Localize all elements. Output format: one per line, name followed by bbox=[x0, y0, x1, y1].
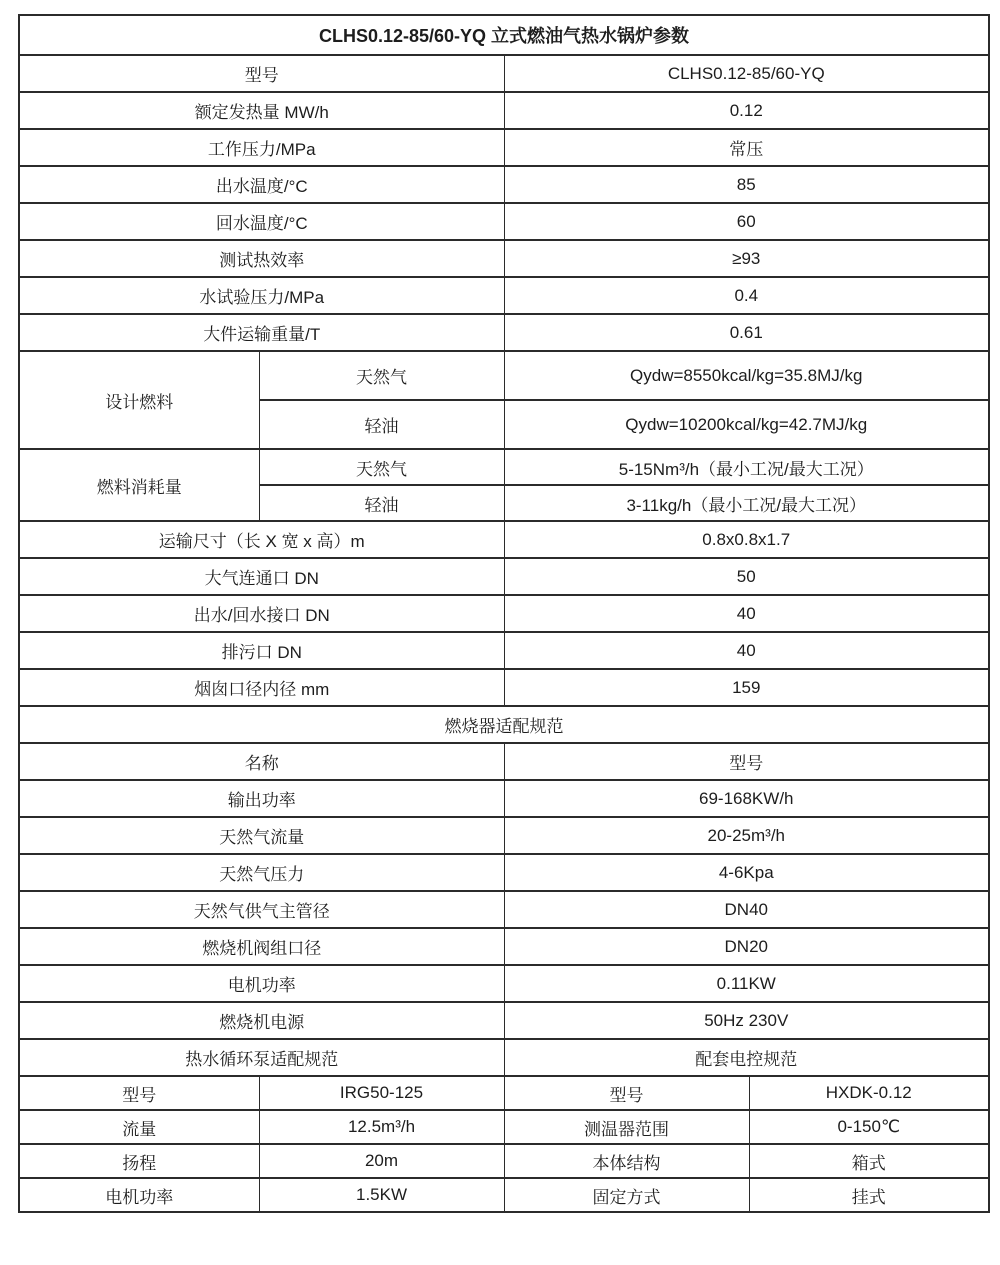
row-label: 天然气压力 bbox=[19, 854, 504, 891]
table-row: 天然气流量 20-25m³/h bbox=[19, 817, 989, 854]
electric-label: 固定方式 bbox=[504, 1178, 749, 1212]
table-row: 型号 IRG50-125 型号 HXDK-0.12 bbox=[19, 1076, 989, 1110]
row-label: 燃烧机阀组口径 bbox=[19, 928, 504, 965]
row-value: 20-25m³/h bbox=[504, 817, 989, 854]
electric-value: 0-150℃ bbox=[749, 1110, 989, 1144]
row-label: 大件运输重量/T bbox=[19, 314, 504, 351]
table-row: 扬程 20m 本体结构 箱式 bbox=[19, 1144, 989, 1178]
table-row: 燃烧机电源 50Hz 230V bbox=[19, 1002, 989, 1039]
fuel-group-label: 设计燃料 bbox=[19, 351, 259, 449]
electric-label: 型号 bbox=[504, 1076, 749, 1110]
table-row: 烟囱口径内径 mm 159 bbox=[19, 669, 989, 706]
pump-label: 扬程 bbox=[19, 1144, 259, 1178]
electric-label: 本体结构 bbox=[504, 1144, 749, 1178]
table-row: 出水温度/°C 85 bbox=[19, 166, 989, 203]
table-row: 测试热效率 ≥93 bbox=[19, 240, 989, 277]
row-value: CLHS0.12-85/60-YQ bbox=[504, 55, 989, 92]
table-row: 燃料消耗量 天然气 5-15Nm³/h（最小工况/最大工况） bbox=[19, 449, 989, 485]
fuel-group-label: 燃料消耗量 bbox=[19, 449, 259, 521]
table-row: 流量 12.5m³/h 测温器范围 0-150℃ bbox=[19, 1110, 989, 1144]
row-label: 回水温度/°C bbox=[19, 203, 504, 240]
row-value: 40 bbox=[504, 595, 989, 632]
row-label: 输出功率 bbox=[19, 780, 504, 817]
table-row: 大件运输重量/T 0.61 bbox=[19, 314, 989, 351]
fuel-type: 天然气 bbox=[259, 449, 504, 485]
row-value: DN20 bbox=[504, 928, 989, 965]
pump-value: 1.5KW bbox=[259, 1178, 504, 1212]
row-label: 名称 bbox=[19, 743, 504, 780]
table-row: 热水循环泵适配规范 配套电控规范 bbox=[19, 1039, 989, 1076]
row-label: 排污口 DN bbox=[19, 632, 504, 669]
table-row: 型号 CLHS0.12-85/60-YQ bbox=[19, 55, 989, 92]
fuel-value: 3-11kg/h（最小工况/最大工况） bbox=[504, 485, 989, 521]
section-header-electric: 配套电控规范 bbox=[504, 1039, 989, 1076]
table-row: 输出功率 69-168KW/h bbox=[19, 780, 989, 817]
table-row: 名称 型号 bbox=[19, 743, 989, 780]
table-row: 电机功率 0.11KW bbox=[19, 965, 989, 1002]
table-row: 水试验压力/MPa 0.4 bbox=[19, 277, 989, 314]
electric-value: HXDK-0.12 bbox=[749, 1076, 989, 1110]
row-label: 大气连通口 DN bbox=[19, 558, 504, 595]
row-value: ≥93 bbox=[504, 240, 989, 277]
electric-label: 测温器范围 bbox=[504, 1110, 749, 1144]
row-value: 50Hz 230V bbox=[504, 1002, 989, 1039]
table-row: 电机功率 1.5KW 固定方式 挂式 bbox=[19, 1178, 989, 1212]
section-header-burner: 燃烧器适配规范 bbox=[19, 706, 989, 743]
electric-value: 挂式 bbox=[749, 1178, 989, 1212]
boiler-parameter-table: CLHS0.12-85/60-YQ 立式燃油气热水锅炉参数 型号 CLHS0.1… bbox=[18, 14, 990, 1213]
fuel-value: Qydw=8550kcal/kg=35.8MJ/kg bbox=[504, 351, 989, 400]
row-label: 型号 bbox=[19, 55, 504, 92]
pump-label: 电机功率 bbox=[19, 1178, 259, 1212]
row-value: 常压 bbox=[504, 129, 989, 166]
row-label: 天然气供气主管径 bbox=[19, 891, 504, 928]
row-label: 出水/回水接口 DN bbox=[19, 595, 504, 632]
table-row: CLHS0.12-85/60-YQ 立式燃油气热水锅炉参数 bbox=[19, 15, 989, 55]
pump-value: IRG50-125 bbox=[259, 1076, 504, 1110]
row-label: 燃烧机电源 bbox=[19, 1002, 504, 1039]
row-value: 0.12 bbox=[504, 92, 989, 129]
table-row: 燃烧机阀组口径 DN20 bbox=[19, 928, 989, 965]
table-row: 出水/回水接口 DN 40 bbox=[19, 595, 989, 632]
row-value: 0.11KW bbox=[504, 965, 989, 1002]
table-row: 工作压力/MPa 常压 bbox=[19, 129, 989, 166]
fuel-value: Qydw=10200kcal/kg=42.7MJ/kg bbox=[504, 400, 989, 449]
fuel-type: 轻油 bbox=[259, 400, 504, 449]
row-value: 69-168KW/h bbox=[504, 780, 989, 817]
row-value: 159 bbox=[504, 669, 989, 706]
row-value: 50 bbox=[504, 558, 989, 595]
table-row: 设计燃料 天然气 Qydw=8550kcal/kg=35.8MJ/kg bbox=[19, 351, 989, 400]
pump-value: 20m bbox=[259, 1144, 504, 1178]
row-value: 40 bbox=[504, 632, 989, 669]
section-header-pump: 热水循环泵适配规范 bbox=[19, 1039, 504, 1076]
spec-sheet: CLHS0.12-85/60-YQ 立式燃油气热水锅炉参数 型号 CLHS0.1… bbox=[18, 14, 990, 1213]
fuel-type: 天然气 bbox=[259, 351, 504, 400]
row-value: 0.61 bbox=[504, 314, 989, 351]
fuel-type: 轻油 bbox=[259, 485, 504, 521]
row-label: 额定发热量 MW/h bbox=[19, 92, 504, 129]
table-row: 大气连通口 DN 50 bbox=[19, 558, 989, 595]
row-value: 85 bbox=[504, 166, 989, 203]
pump-label: 流量 bbox=[19, 1110, 259, 1144]
table-row: 排污口 DN 40 bbox=[19, 632, 989, 669]
row-value: 0.8x0.8x1.7 bbox=[504, 521, 989, 558]
table-row: 额定发热量 MW/h 0.12 bbox=[19, 92, 989, 129]
table-row: 天然气压力 4-6Kpa bbox=[19, 854, 989, 891]
table-title: CLHS0.12-85/60-YQ 立式燃油气热水锅炉参数 bbox=[19, 15, 989, 55]
row-value: 4-6Kpa bbox=[504, 854, 989, 891]
table-row: 天然气供气主管径 DN40 bbox=[19, 891, 989, 928]
row-label: 电机功率 bbox=[19, 965, 504, 1002]
pump-label: 型号 bbox=[19, 1076, 259, 1110]
row-label: 烟囱口径内径 mm bbox=[19, 669, 504, 706]
row-value: DN40 bbox=[504, 891, 989, 928]
row-value: 型号 bbox=[504, 743, 989, 780]
table-row: 回水温度/°C 60 bbox=[19, 203, 989, 240]
row-label: 水试验压力/MPa bbox=[19, 277, 504, 314]
row-label: 运输尺寸（长 X 宽 x 高）m bbox=[19, 521, 504, 558]
fuel-value: 5-15Nm³/h（最小工况/最大工况） bbox=[504, 449, 989, 485]
table-row: 燃烧器适配规范 bbox=[19, 706, 989, 743]
electric-value: 箱式 bbox=[749, 1144, 989, 1178]
pump-value: 12.5m³/h bbox=[259, 1110, 504, 1144]
row-label: 出水温度/°C bbox=[19, 166, 504, 203]
row-value: 0.4 bbox=[504, 277, 989, 314]
row-value: 60 bbox=[504, 203, 989, 240]
row-label: 测试热效率 bbox=[19, 240, 504, 277]
row-label: 工作压力/MPa bbox=[19, 129, 504, 166]
row-label: 天然气流量 bbox=[19, 817, 504, 854]
table-row: 运输尺寸（长 X 宽 x 高）m 0.8x0.8x1.7 bbox=[19, 521, 989, 558]
